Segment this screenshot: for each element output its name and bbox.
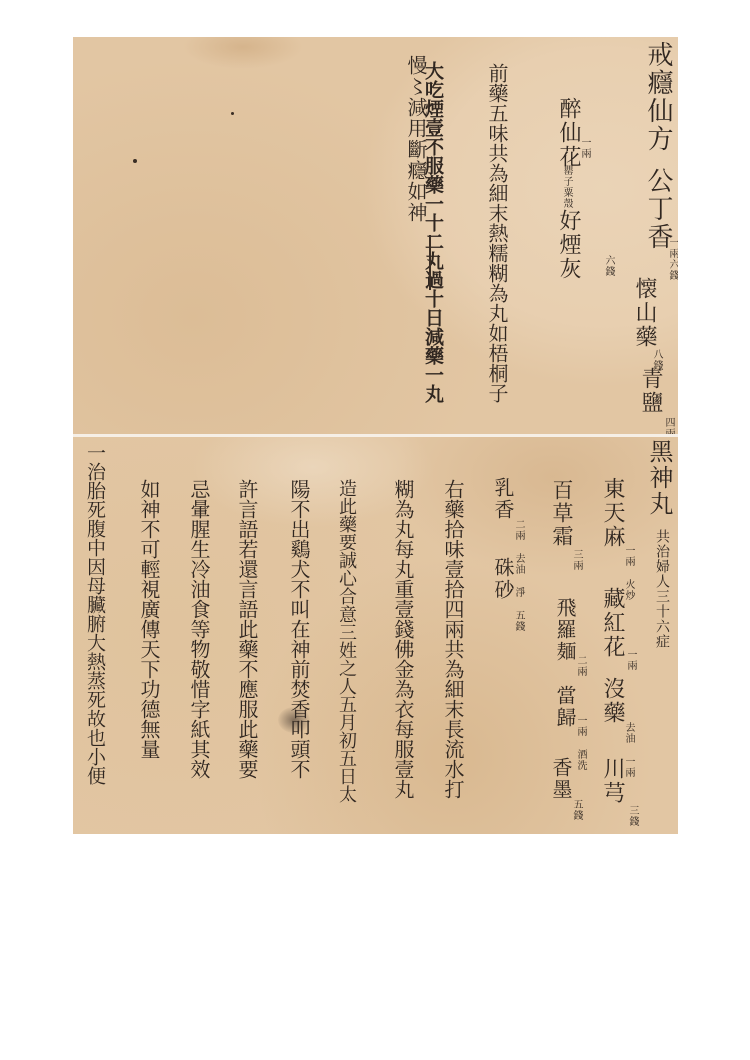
instruction-line: 右藥拾味壹拾四兩共為細末長流水打: [443, 479, 463, 799]
ingredient-chuanxiong: 川芎: [601, 757, 623, 805]
instruction-line: 陽不出鷄犬不叫在神前焚香叩頭不: [289, 479, 309, 779]
ingredient-frankincense: 乳香: [493, 477, 513, 521]
instruction-line: 前藥五味共為細末熱糯糊為丸如梧桐子: [487, 63, 507, 403]
instruction-line: 忌暈腥生冷油食等物敬惜字紙其效: [189, 479, 209, 779]
ingredient-gastrodia: 東天麻: [601, 477, 623, 549]
ingredient-angelica: 當歸: [555, 685, 575, 729]
ink-spot: [133, 159, 137, 163]
instruction-line: 一治胎死腹中因母臟腑大熱蒸死故也小便: [85, 443, 104, 785]
ingredient-note: 六錢: [603, 255, 613, 277]
ingredient-sub-note: 罌子粟殼: [561, 165, 571, 209]
manuscript-page-bottom: 黑神丸 共治婦人三十六症 東天麻 一兩 火炒 藏紅花 一兩 沒藥 去油 一兩 川…: [73, 437, 678, 834]
manuscript-page-top: 戒癮仙方 公丁香 一兩六錢 懐山藥 八錢 青鹽 四兩 醉仙花 一兩 罌子粟殼 好…: [73, 37, 678, 434]
ingredient-flower: 醉仙花: [557, 97, 579, 169]
instruction-line: 許言語若還言語此藥不應服此藥要: [237, 479, 257, 779]
recipe-title: 戒癮仙方: [645, 41, 671, 153]
instruction-line: 如神不可輕視廣傳天下功德無量: [139, 479, 159, 759]
ink-spot: [231, 112, 234, 115]
instruction-line: 糊為丸每丸重壹錢佛金為衣每服壹丸: [393, 479, 413, 799]
ingredient-yam: 懐山藥: [633, 277, 655, 349]
ingredient-note: 三兩: [571, 549, 581, 571]
ingredient-note: 五錢: [571, 799, 581, 821]
ingredient-note: 一兩: [625, 649, 635, 671]
instruction-line: 慢〻減用斷癮如神: [406, 55, 426, 223]
ingredient-note: 一兩 酒洗: [575, 715, 585, 771]
instruction-line: 造此藥要誠心合意三姓之人五月初五日太: [337, 479, 355, 803]
ingredient-soot: 百草霜: [551, 479, 572, 548]
ingredient-flour: 飛羅麺: [555, 597, 575, 663]
ingredient-saffron: 藏紅花: [601, 587, 623, 659]
ink-stroke: [429, 235, 431, 290]
ingredient-ink: 香墨: [551, 757, 571, 801]
ingredient-cinnabar: 硃砂: [493, 557, 513, 601]
ingredient-note: 二兩: [575, 655, 585, 677]
ingredient-note: 四兩: [663, 417, 673, 434]
ingredient-myrrh: 沒藥: [601, 677, 623, 725]
ingredient-ash: 好煙灰: [557, 209, 579, 281]
ingredient-note: 三錢: [627, 805, 637, 827]
recipe-title-note: 共治婦人三十六症: [655, 529, 669, 649]
ingredient-note: 一兩六錢: [667, 237, 677, 281]
ingredient-note: 一兩: [579, 137, 589, 159]
ingredient-salt: 青鹽: [639, 367, 661, 415]
ingredient-note: 淨 五錢: [513, 587, 523, 632]
recipe-title: 黑神丸: [647, 439, 671, 517]
